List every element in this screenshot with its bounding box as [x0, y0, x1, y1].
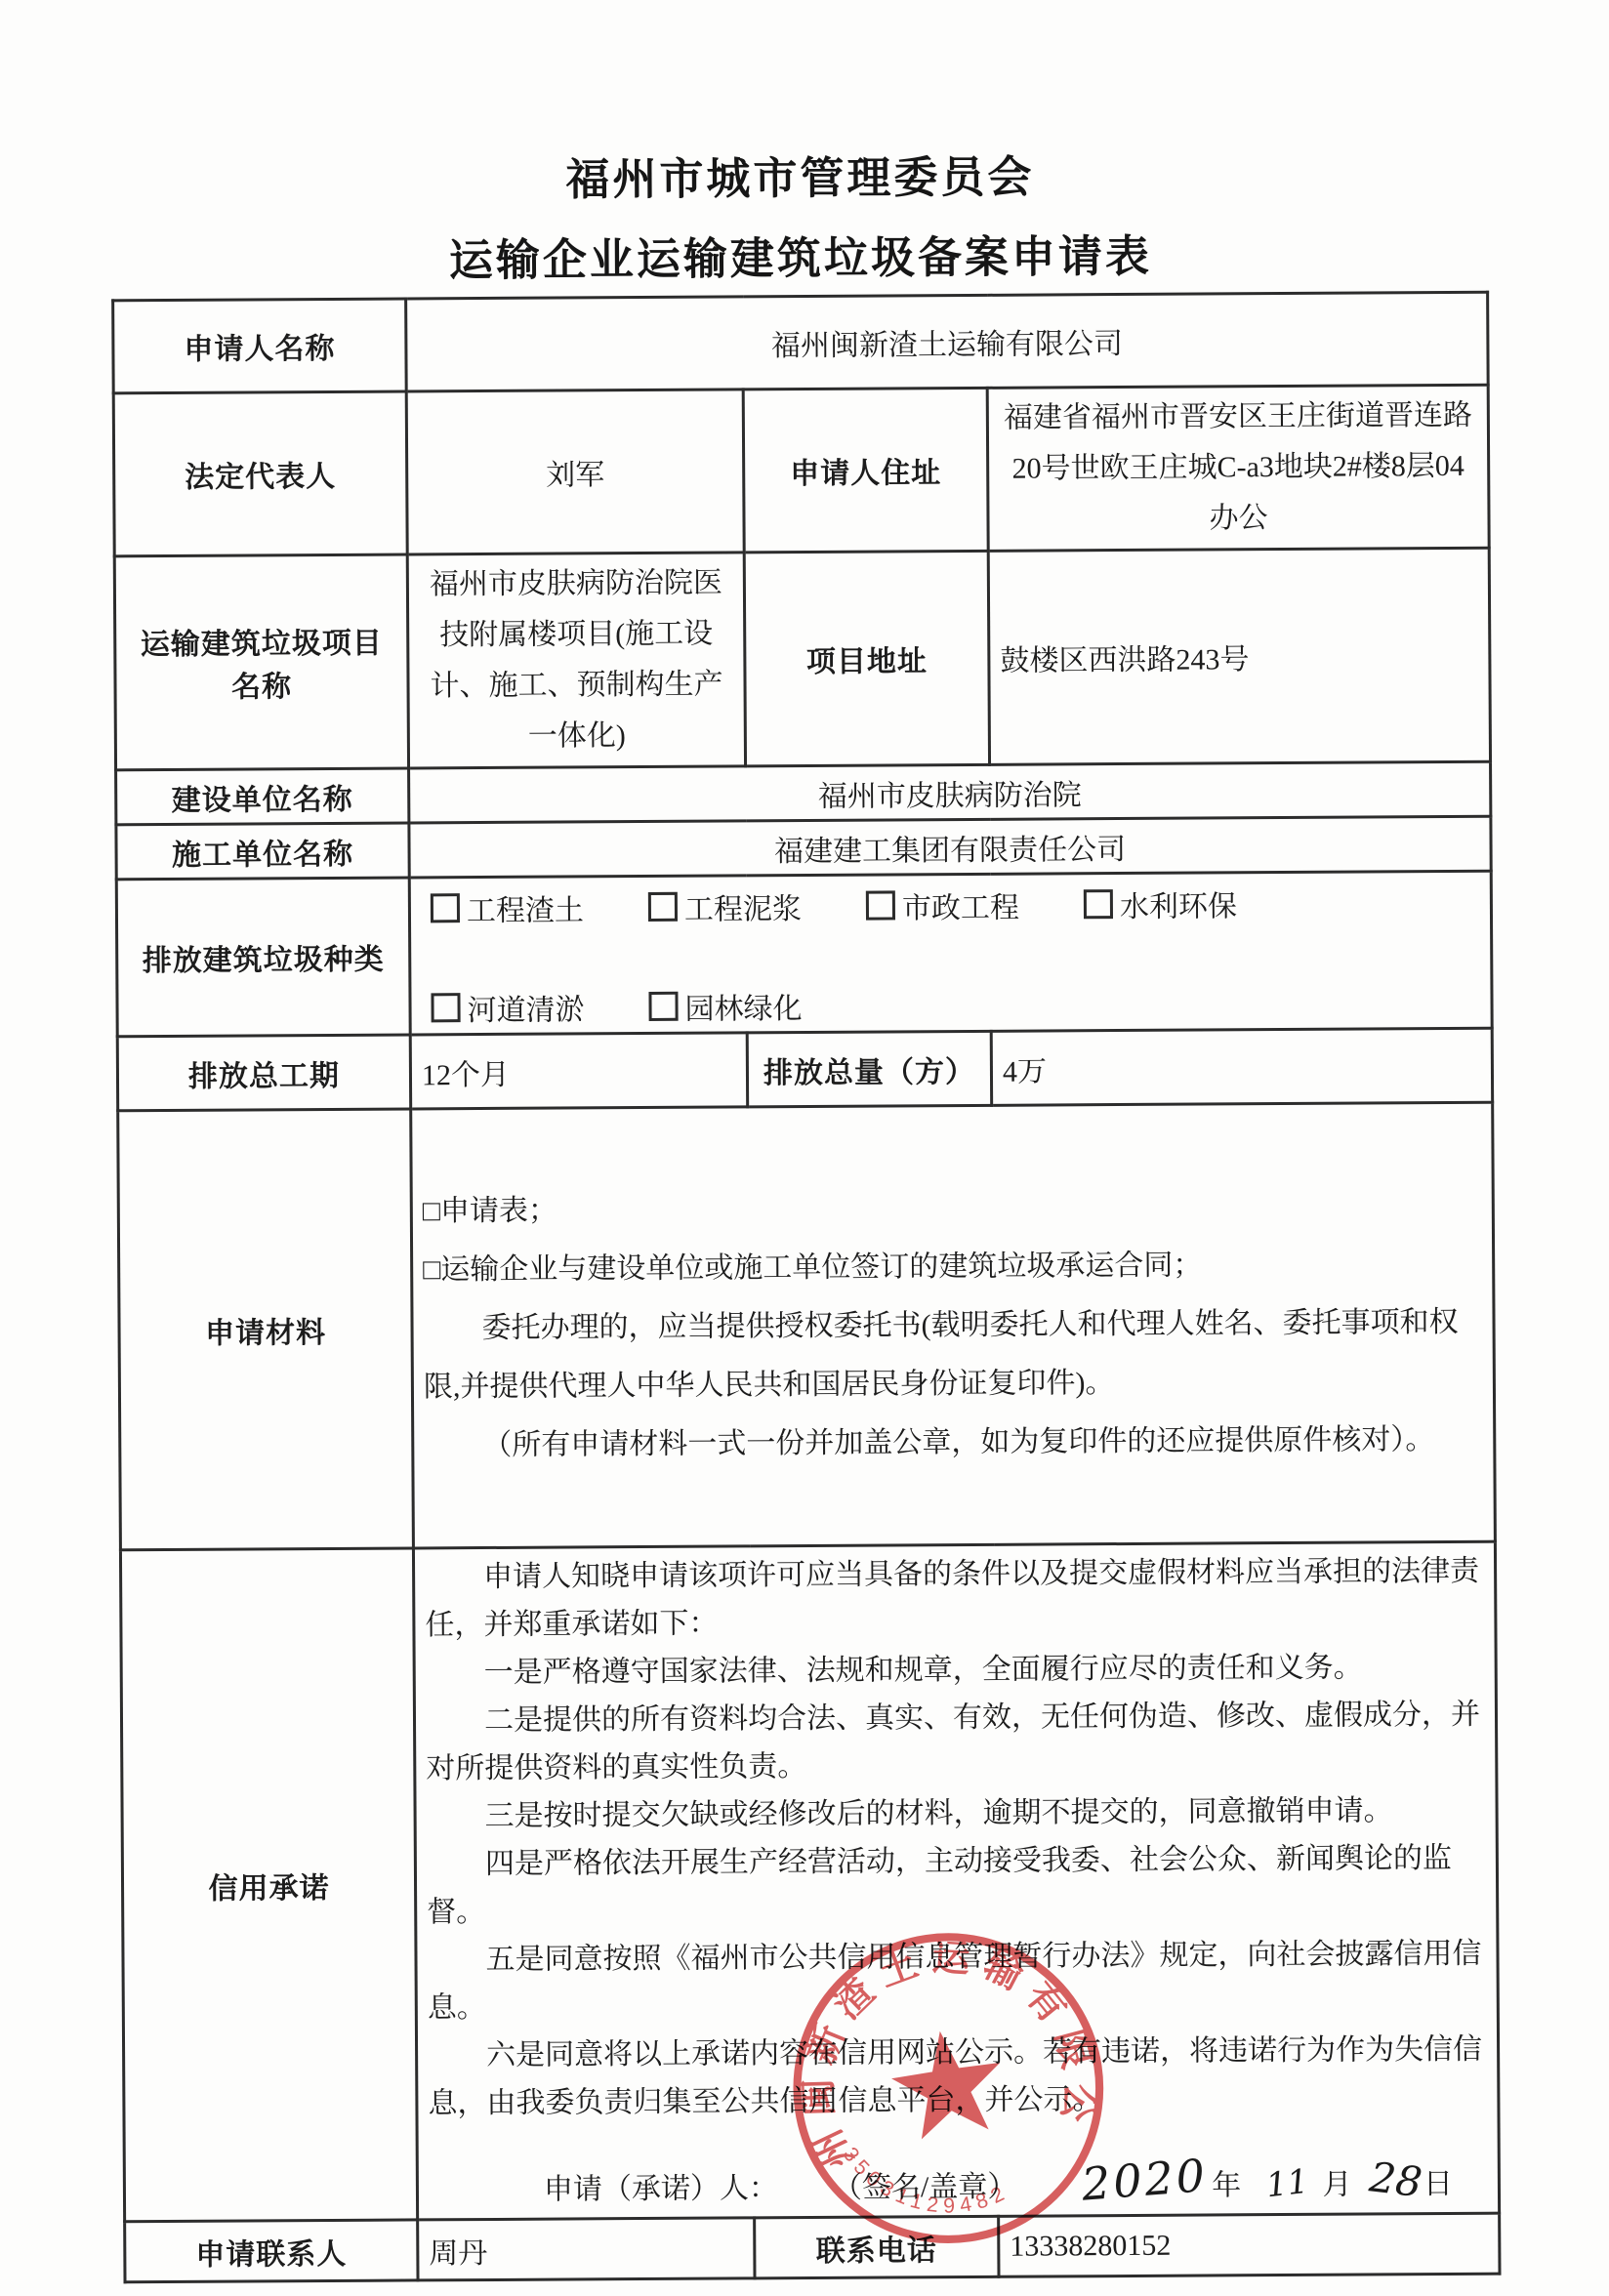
checkbox-icon — [431, 993, 460, 1022]
checkbox-icon — [648, 992, 678, 1021]
row-applicant-name: 申请人名称 福州闽新渣土运输有限公司 — [113, 292, 1489, 393]
commitment-paragraph: 二是提供的所有资料均合法、真实、有效，无任何伪造、修改、虚假成分，并对所提供资料… — [426, 1691, 1486, 1793]
day-suffix: 日 — [1423, 2160, 1453, 2208]
checkbox-label: 市政工程 — [902, 883, 1019, 927]
row-project-name: 运输建筑垃圾项目名称 福州市皮肤病防治院医技附属楼项目(施工设计、施工、预制构生… — [114, 548, 1490, 770]
checkbox-label: 河道清淤 — [467, 985, 584, 1029]
document-title: 福州市城市管理委员会 运输企业运输建筑垃圾备案申请表 — [0, 134, 1605, 304]
year-suffix: 年 — [1212, 2161, 1241, 2209]
construction-unit-label: 建设单位名称 — [116, 768, 409, 825]
materials-label: 申请材料 — [118, 1109, 414, 1550]
sign-hint: （签名/盖章） — [833, 2163, 1017, 2212]
checkbox-icon — [431, 893, 460, 922]
checkbox-label: 水利环保 — [1120, 881, 1237, 925]
checkbox-option: 工程泥浆 — [648, 884, 802, 928]
project-name-value: 福州市皮肤病防治院医技附属楼项目(施工设计、施工、预制构生产一体化) — [407, 553, 745, 768]
discharge-volume-label: 排放总量（方） — [747, 1031, 991, 1107]
waste-type-options-row1: 工程渣土 工程泥浆 市政工程 — [421, 881, 1480, 930]
applicant-address-label: 申请人住址 — [743, 388, 988, 553]
contractor-value: 福建建工集团有限责任公司 — [409, 816, 1491, 878]
waste-type-label: 排放建筑垃圾种类 — [116, 878, 410, 1037]
commitment-paragraphs: 申请人知晓申请该项许可应当具备的条件以及提交虚假材料应当承担的法律责任，并郑重承… — [425, 1547, 1488, 2128]
materials-list: □申请表； □运输企业与建设单位或施工单位签订的建筑垃圾承运合同； 委托办理的，… — [411, 1102, 1496, 1548]
row-contractor: 施工单位名称 福建建工集团有限责任公司 — [116, 816, 1491, 880]
discharge-period-value: 12个月 — [410, 1033, 747, 1109]
checkbox-label: 园林绿化 — [684, 984, 802, 1028]
discharge-period-label: 排放总工期 — [117, 1035, 410, 1111]
checkbox-option: 园林绿化 — [648, 984, 802, 1028]
contact-label: 申请联系人 — [125, 2220, 418, 2282]
handwritten-month: 11 — [1264, 2158, 1311, 2210]
legal-rep-label: 法定代表人 — [113, 391, 407, 556]
project-name-label: 运输建筑垃圾项目名称 — [114, 554, 408, 770]
commitment-paragraph: 三是按时提交欠缺或经修改后的材料，逾期不提交的，同意撤销申请。 — [426, 1786, 1485, 1841]
checkbox-icon — [1084, 889, 1113, 919]
construction-unit-value: 福州市皮肤病防治院 — [409, 761, 1491, 823]
row-contact: 申请联系人 周丹 联系电话 13338280152 — [125, 2213, 1500, 2282]
checkbox-icon — [866, 890, 895, 920]
handwritten-day: 28 — [1367, 2152, 1424, 2206]
row-construction-unit: 建设单位名称 福州市皮肤病防治院 — [116, 761, 1491, 825]
title-line-1: 福州市城市管理委员会 — [0, 134, 1605, 224]
row-materials: 申请材料 □申请表； □运输企业与建设单位或施工单位签订的建筑垃圾承运合同； 委… — [118, 1102, 1496, 1550]
project-address-label: 项目地址 — [744, 551, 989, 766]
signature-row: 申请（承诺）人： （签名/盖章） 2020 年 11 月 28 日 — [429, 2154, 1488, 2215]
waste-type-options-row2: 河道清淤 园林绿化 — [421, 980, 1480, 1030]
date-group: 2020 年 11 月 28 日 — [1082, 2154, 1453, 2210]
contractor-label: 施工单位名称 — [116, 823, 409, 880]
checkbox-option: 河道清淤 — [431, 985, 584, 1029]
contact-value: 周丹 — [418, 2218, 755, 2280]
checkbox-option: 水利环保 — [1084, 881, 1237, 925]
materials-line: （所有申请材料一式一份并加盖公章，如为复印件的还应提供原件核对）。 — [424, 1410, 1483, 1475]
materials-line: 委托办理的，应当提供授权委托书(载明委托人和代理人姓名、委托事项和权限,并提供代… — [423, 1292, 1483, 1416]
row-legal-rep: 法定代表人 刘军 申请人住址 福建省福州市晋安区王庄街道晋连路20号世欧王庄城C… — [113, 385, 1489, 556]
project-address-value: 鼓楼区西洪路243号 — [988, 548, 1490, 764]
discharge-volume-value: 4万 — [991, 1028, 1492, 1105]
commitment-paragraph: 五是同意按照《福州市公共信用信息管理暂行办法》规定，向社会披露信用信息。 — [427, 1930, 1487, 2032]
applicant-name-label: 申请人名称 — [113, 299, 407, 393]
checkbox-label: 工程泥浆 — [684, 884, 802, 928]
scanned-form-page: 福州市城市管理委员会 运输企业运输建筑垃圾备案申请表 申请人名称 福州闽新渣土运… — [0, 0, 1609, 2296]
commitment-cell: 申请人知晓申请该项许可应当具备的条件以及提交虚假材料应当承担的法律责任，并郑重承… — [413, 1541, 1499, 2220]
row-commitment: 信用承诺 申请人知晓申请该项许可应当具备的条件以及提交虚假材料应当承担的法律责任… — [120, 1541, 1499, 2222]
waste-type-options: 工程渣土 工程泥浆 市政工程 — [409, 871, 1492, 1035]
materials-line: □运输企业与建设单位或施工单位签订的建筑垃圾承运合同； — [423, 1234, 1482, 1299]
legal-rep-value: 刘军 — [406, 389, 744, 554]
phone-label: 联系电话 — [755, 2216, 999, 2278]
row-waste-types: 排放建筑垃圾种类 工程渣土 工程泥浆 — [116, 871, 1492, 1037]
checkbox-label: 工程渣土 — [467, 885, 584, 929]
application-form-table: 申请人名称 福州闽新渣土运输有限公司 法定代表人 刘军 申请人住址 福建省福州市… — [111, 291, 1501, 2284]
title-line-2: 运输企业运输建筑垃圾备案申请表 — [0, 214, 1605, 304]
phone-value: 13338280152 — [999, 2213, 1500, 2276]
commitment-paragraph: 四是严格依法开展生产经营活动，主动接受我委、社会公众、新闻舆论的监督。 — [427, 1834, 1487, 1937]
applicant-name-value: 福州闽新渣土运输有限公司 — [406, 292, 1489, 391]
checkbox-option: 工程渣土 — [431, 885, 584, 929]
handwritten-year: 2020 — [1080, 2152, 1209, 2209]
checkbox-option: 市政工程 — [866, 883, 1019, 927]
commitment-paragraph: 一是严格遵守国家法律、法规和规章，全面履行应尽的责任和义务。 — [426, 1643, 1485, 1698]
applicant-address-value: 福建省福州市晋安区王庄街道晋连路20号世欧王庄城C-a3地块2#楼8层04办公 — [987, 385, 1489, 551]
materials-line: □申请表； — [423, 1175, 1482, 1241]
signer-label: 申请（承诺）人： — [544, 2164, 778, 2213]
checkbox-icon — [648, 892, 678, 922]
commitment-paragraph: 申请人知晓申请该项许可应当具备的条件以及提交虚假材料应当承担的法律责任，并郑重承… — [425, 1547, 1485, 1650]
row-discharge: 排放总工期 12个月 排放总量（方） 4万 — [117, 1028, 1492, 1111]
commitment-label: 信用承诺 — [120, 1548, 417, 2222]
month-suffix: 月 — [1322, 2161, 1351, 2209]
commitment-paragraph: 六是同意将以上承诺内容在信用网站公示。若有违诺，将违诺行为作为失信信息，由我委负… — [428, 2026, 1488, 2128]
